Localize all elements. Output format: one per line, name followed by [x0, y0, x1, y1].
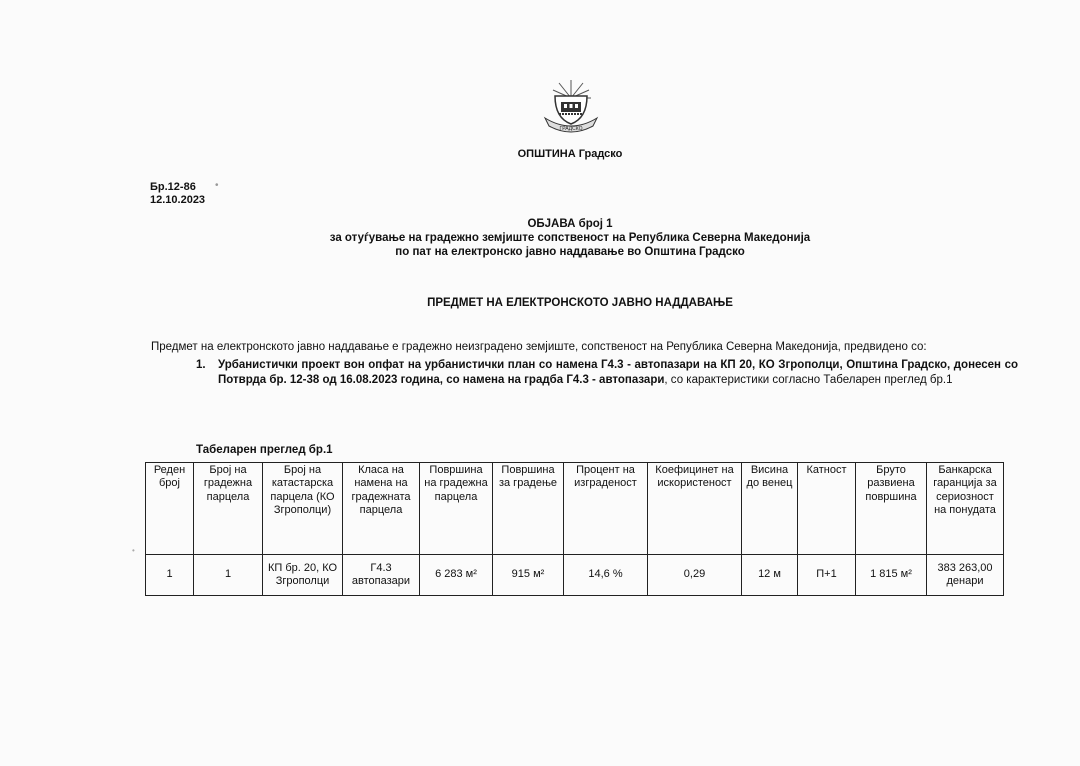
parcel-table: Реден број Број на градежна парцела Број… — [145, 462, 1004, 596]
header-cell: Банкарска гаранција за сериозност на пон… — [927, 463, 1004, 555]
table-cell: 915 м² — [493, 555, 564, 596]
header-cell: Процент на изграденост — [564, 463, 648, 555]
table-header-row: Реден број Број на градежна парцела Број… — [146, 463, 1004, 555]
header-cell: Површина за градење — [493, 463, 564, 555]
table-cell: 0,29 — [648, 555, 742, 596]
table-cell: 1 — [146, 555, 194, 596]
header-cell: Катност — [798, 463, 856, 555]
header-cell: Класа на намена на градежната парцела — [343, 463, 420, 555]
title-line-2: за отуѓување на градежно земјиште сопств… — [0, 231, 1080, 245]
item-number: 1. — [196, 358, 206, 373]
table-cell: 1 — [194, 555, 263, 596]
announcement-title: ОБЈАВА број 1 за отуѓување на градежно з… — [0, 217, 1080, 259]
table-cell: 383 263,00 денари — [927, 555, 1004, 596]
document-date: 12.10.2023 — [150, 194, 205, 207]
table-caption: Табеларен преглед бр.1 — [196, 444, 333, 456]
item-normal-text: , со карактеристики согласно Табеларен п… — [664, 374, 952, 386]
header-cell: Висина до венец — [742, 463, 798, 555]
subject-intro: Предмет на електронското јавно наддавање… — [151, 341, 927, 353]
title-line-1: ОБЈАВА број 1 — [0, 217, 1080, 231]
header-cell: Број на катастарска парцела (КО Згрополц… — [263, 463, 343, 555]
title-line-3: по пат на електронско јавно наддавање во… — [0, 245, 1080, 259]
header-cell: Површина на градежна парцела — [420, 463, 493, 555]
table-cell: 12 м — [742, 555, 798, 596]
reference-number: Бр.12-86 — [150, 181, 205, 194]
svg-text:ГРАДСКО: ГРАДСКО — [560, 126, 583, 132]
table-cell: Г4.3 автопазари — [343, 555, 420, 596]
table-cell: П+1 — [798, 555, 856, 596]
header-cell: Број на градежна парцела — [194, 463, 263, 555]
coat-of-arms-icon: ГРАДСКО — [541, 78, 601, 136]
scan-speck: • — [132, 546, 135, 555]
subject-heading: ПРЕДМЕТ НА ЕЛЕКТРОНСКОТО ЈАВНО НАДДАВАЊЕ — [0, 297, 1080, 309]
table-cell: КП бр. 20, КО Згрополци — [263, 555, 343, 596]
header-cell: Реден број — [146, 463, 194, 555]
item-text: Урбанистички проект вон опфат на урбанис… — [218, 358, 1018, 387]
table-cell: 14,6 % — [564, 555, 648, 596]
header-cell: Коефицинет на искористеност — [648, 463, 742, 555]
header-cell: Бруто развиена површина — [856, 463, 927, 555]
table-cell: 1 815 м² — [856, 555, 927, 596]
organization-name: ОПШТИНА Градско — [0, 148, 1080, 160]
table-row: 1 1 КП бр. 20, КО Згрополци Г4.3 автопаз… — [146, 555, 1004, 596]
table-cell: 6 283 м² — [420, 555, 493, 596]
municipality-logo: ГРАДСКО — [541, 78, 601, 136]
scan-speck: • — [215, 180, 219, 191]
reference-block: Бр.12-86 12.10.2023 — [150, 181, 205, 207]
